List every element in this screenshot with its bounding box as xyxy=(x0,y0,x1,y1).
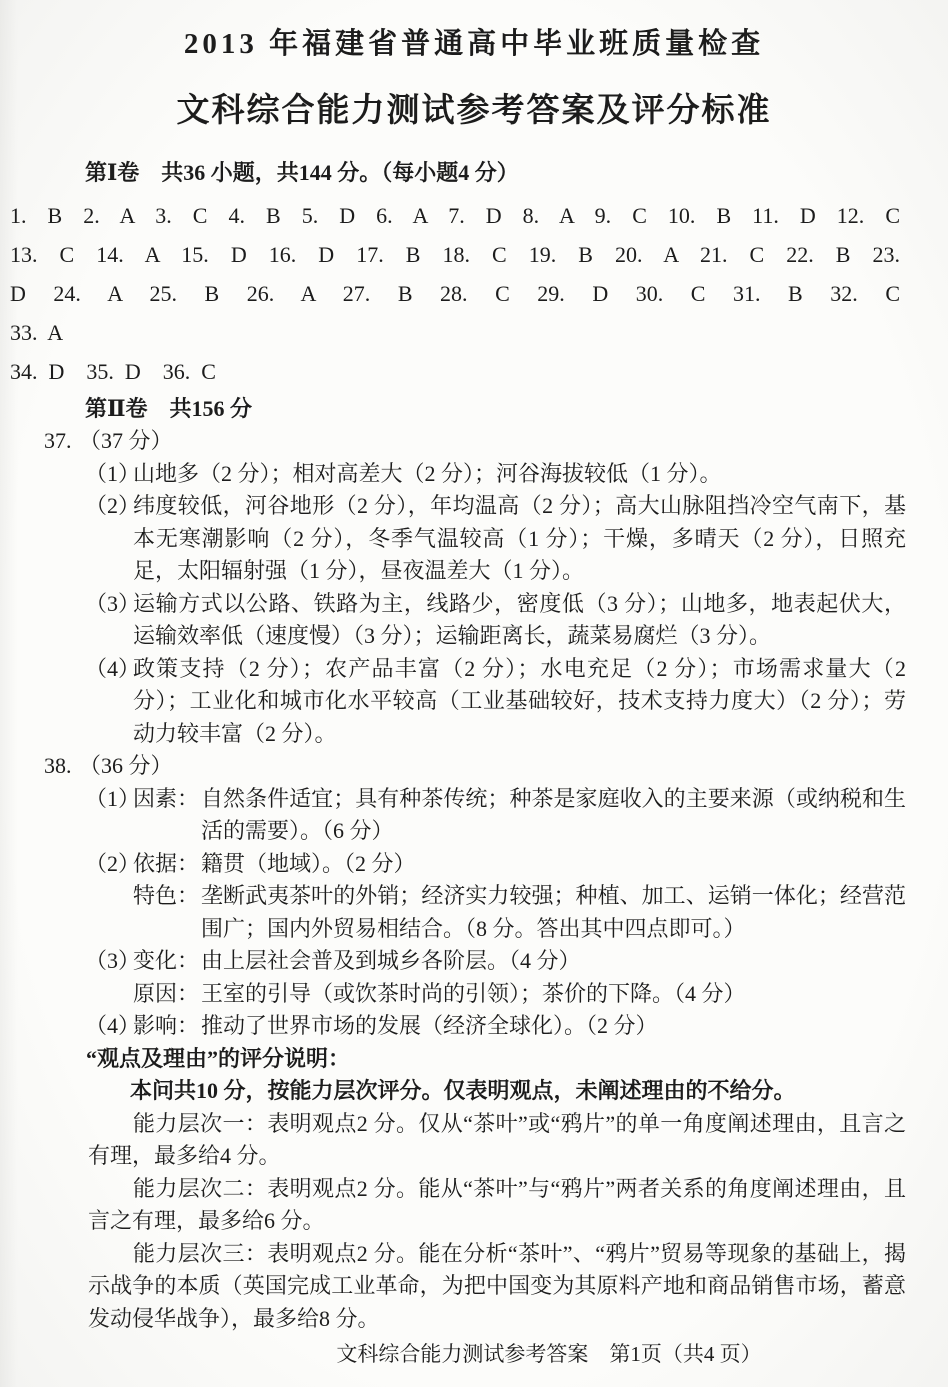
q38-item-3: 特色： 垄断武夷茶叶的外销；经济实力较强；种植、加工、运销一体化；经营范围广；国… xyxy=(85,880,906,945)
page-footer: 文科综合能力测试参考答案 第1页（共4 页） xyxy=(0,1339,948,1369)
q37-item-3: （3） 运输方式以公路、铁路为主，线路少，密度低（3 分）；山地多，地表起伏大，… xyxy=(85,588,906,653)
item-label: 因素： xyxy=(133,783,201,848)
item-label: 变化： xyxy=(133,945,201,978)
answer-line-3: D 24. A 25. B 26. A 27. B 28. C 29. D 30… xyxy=(10,274,900,313)
question-score: （36 分） xyxy=(79,753,173,778)
question-38-block: 38. （36 分） （1） 因素： 自然条件适宜；具有种茶传统；种茶是家庭收入… xyxy=(0,750,948,1335)
answer-line-1: 1. B 2. A 3. C 4. B 5. D 6. A 7. D 8. A … xyxy=(10,196,900,235)
item-text: 纬度较低，河谷地形（2 分），年均温高（2 分）；高大山脉阻挡冷空气南下，基本无… xyxy=(133,490,906,588)
question-number: 38. xyxy=(44,753,72,778)
item-label: 依据： xyxy=(133,848,201,881)
exam-title: 2013 年福建省普通高中毕业班质量检查 xyxy=(0,0,948,62)
item-marker: （1） xyxy=(85,783,133,848)
q38-item-5: 原因： 王室的引导（或饮茶时尚的引领）；茶价的下降。（4 分） xyxy=(85,978,906,1011)
ability-level-2: 能力层次二：表明观点2 分。能从“茶叶”与“鸦片”两者关系的角度阐述理由，且言之… xyxy=(88,1173,906,1238)
item-text: 王室的引导（或饮茶时尚的引领）；茶价的下降。（4 分） xyxy=(201,978,906,1011)
item-text: 垄断武夷茶叶的外销；经济实力较强；种植、加工、运销一体化；经营范围广；国内外贸易… xyxy=(201,880,906,945)
viewpoint-note-heading: “观点及理由”的评分说明： xyxy=(86,1043,906,1076)
question-score: （37 分） xyxy=(79,428,173,453)
item-label: 原因： xyxy=(133,978,201,1011)
answer-line-5: 34. D 35. D 36. C xyxy=(10,352,900,391)
q38-item-2: （2） 依据： 籍贯（地域）。（2 分） xyxy=(85,848,906,881)
viewpoint-note-intro: 本问共10 分，按能力层次评分。仅表明观点，未阐述理由的不给分。 xyxy=(130,1075,906,1108)
q37-item-4: （4） 政策支持（2 分）；农产品丰富（2 分）；水电充足（2 分）；市场需求量… xyxy=(85,653,906,751)
item-marker xyxy=(85,880,133,945)
ability-level-1: 能力层次一：表明观点2 分。仅从“茶叶”或“鸦片”的单一角度阐述理由，且言之有理… xyxy=(88,1108,906,1173)
item-marker: （2） xyxy=(85,490,133,588)
q38-item-1: （1） 因素： 自然条件适宜；具有种茶传统；种茶是家庭收入的主要来源（或纳税和生… xyxy=(85,783,906,848)
multiple-choice-answers: 1. B 2. A 3. C 4. B 5. D 6. A 7. D 8. A … xyxy=(10,196,900,391)
item-text: 由上层社会普及到城乡各阶层。（4 分） xyxy=(201,945,906,978)
q38-item-6: （4） 影响： 推动了世界市场的发展（经济全球化）。（2 分） xyxy=(85,1010,906,1043)
q38-item-4: （3） 变化： 由上层社会普及到城乡各阶层。（4 分） xyxy=(85,945,906,978)
item-marker: （1） xyxy=(85,458,133,491)
item-text: 推动了世界市场的发展（经济全球化）。（2 分） xyxy=(201,1010,906,1043)
part2-heading: 第Ⅱ卷 共156 分 xyxy=(85,392,903,425)
item-text: 山地多（2 分）；相对高差大（2 分）；河谷海拔较低（1 分）。 xyxy=(133,458,906,491)
part1-heading: 第Ⅰ卷 共36 小题，共144 分。（每小题4 分） xyxy=(85,158,903,188)
item-text: 自然条件适宜；具有种茶传统；种茶是家庭收入的主要来源（或纳税和生活的需要）。（6… xyxy=(201,783,906,848)
answer-line-4: 33. A xyxy=(10,313,900,352)
item-text: 籍贯（地域）。（2 分） xyxy=(201,848,906,881)
item-label: 影响： xyxy=(133,1010,201,1043)
answer-line-2: 13. C 14. A 15. D 16. D 17. B 18. C 19. … xyxy=(10,235,900,274)
item-marker: （4） xyxy=(85,653,133,751)
question-38-heading: 38. （36 分） xyxy=(44,750,948,783)
q37-item-2: （2） 纬度较低，河谷地形（2 分），年均温高（2 分）；高大山脉阻挡冷空气南下… xyxy=(85,490,906,588)
item-text: 运输方式以公路、铁路为主，线路少，密度低（3 分）；山地多，地表起伏大，运输效率… xyxy=(133,588,906,653)
question-37-heading: 37. （37 分） xyxy=(44,425,948,458)
q37-item-1: （1） 山地多（2 分）；相对高差大（2 分）；河谷海拔较低（1 分）。 xyxy=(85,458,906,491)
item-marker: （3） xyxy=(85,945,133,978)
item-marker: （3） xyxy=(85,588,133,653)
item-marker xyxy=(85,978,133,1011)
item-marker: （4） xyxy=(85,1010,133,1043)
scanned-answer-key-page: 2013 年福建省普通高中毕业班质量检查 文科综合能力测试参考答案及评分标准 第… xyxy=(0,0,948,1387)
item-label: 特色： xyxy=(133,880,201,945)
answer-key-title: 文科综合能力测试参考答案及评分标准 xyxy=(0,90,948,132)
question-number: 37. xyxy=(44,428,72,453)
item-text: 政策支持（2 分）；农产品丰富（2 分）；水电充足（2 分）；市场需求量大（2 … xyxy=(133,653,906,751)
ability-level-3: 能力层次三：表明观点2 分。能在分析“茶叶”、“鸦片”贸易等现象的基础上，揭示战… xyxy=(88,1238,906,1336)
question-37-block: 37. （37 分） （1） 山地多（2 分）；相对高差大（2 分）；河谷海拔较… xyxy=(0,425,948,750)
item-marker: （2） xyxy=(85,848,133,881)
